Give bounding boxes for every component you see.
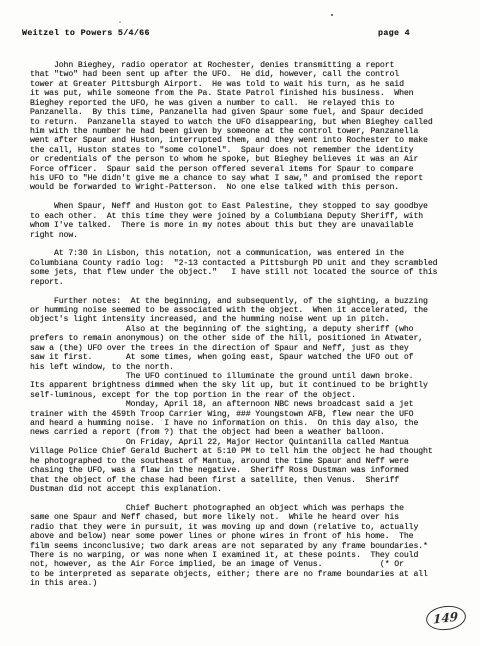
header-correspondence-label: Weitzel to Powers 5/4/66 (22, 28, 150, 38)
page-header: Weitzel to Powers 5/4/66 page 4 (22, 28, 458, 38)
header-page-number: page 4 (378, 28, 410, 38)
stamp-number: 149 (433, 609, 458, 626)
page-number-stamp: 149 (425, 604, 468, 633)
typewritten-text: John Bieghey, radio operator at Rocheste… (30, 61, 474, 589)
document-page: Weitzel to Powers 5/4/66 page 4 John Bie… (0, 0, 480, 646)
